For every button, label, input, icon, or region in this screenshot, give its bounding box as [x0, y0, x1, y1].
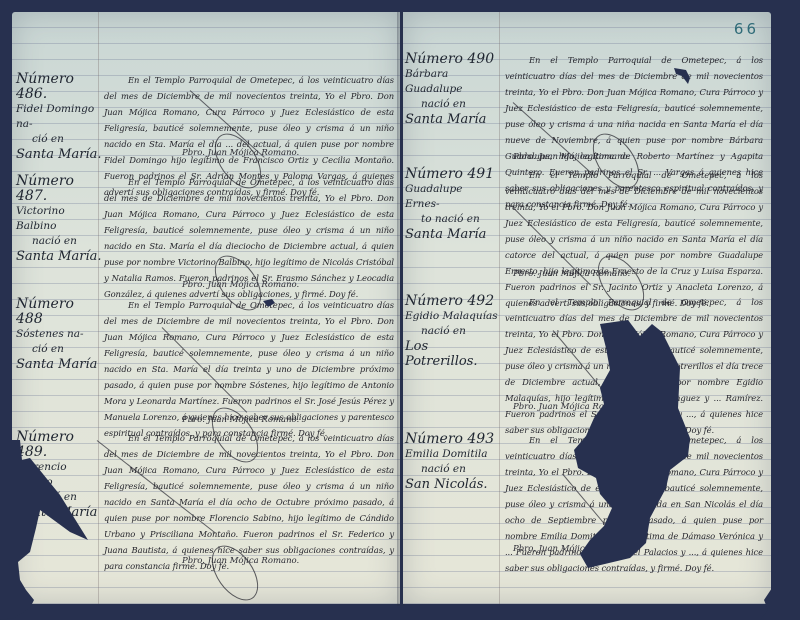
- child-name: Egidio Malaquías: [405, 309, 499, 324]
- torn-page-corner: [0, 440, 95, 620]
- entry-number: Número 488: [16, 297, 102, 327]
- entry-number: Número 493: [405, 432, 499, 447]
- born-label: nació en: [405, 97, 499, 112]
- entry-number: Número 491: [405, 167, 499, 182]
- child-name: Victorino Balbino: [16, 204, 102, 234]
- ink-blot-hole: [672, 66, 692, 86]
- born-label: nació en: [16, 234, 102, 249]
- torn-paper-hole: [570, 318, 710, 568]
- birth-place: Santa María.: [16, 249, 102, 264]
- entry-margin-note: Número 488 Sóstenes na- ció en Santa Mar…: [16, 297, 102, 372]
- entry-margin-note: Número 486. Fidel Domingo na- ció en San…: [16, 72, 102, 162]
- child-name: Fidel Domingo na-: [16, 102, 102, 132]
- born-label: ció en: [16, 342, 102, 357]
- ledger-spread: Número 486. Fidel Domingo na- ció en San…: [0, 0, 800, 620]
- entry-margin-note: Número 491 Guadalupe Ernes- to nació en …: [405, 167, 499, 242]
- entry-margin-note: Número 493 Emilia Domitila nació en San …: [405, 432, 499, 492]
- born-label: nació en: [405, 324, 499, 339]
- birth-place: Santa María: [405, 112, 499, 127]
- margin-rule: [499, 12, 500, 604]
- child-name: Emilia Domitila: [405, 447, 499, 462]
- born-label: nació en: [405, 462, 499, 477]
- torn-page-edge: [760, 540, 800, 620]
- birth-place: Santa María: [16, 357, 102, 372]
- page-number: 66: [734, 20, 759, 38]
- ink-blot-hole: [262, 298, 276, 308]
- born-label: to nació en: [405, 212, 499, 227]
- entry-number: Número 487.: [16, 174, 102, 204]
- birth-place: Santa María.: [16, 147, 102, 162]
- child-name: Bárbara Guadalupe: [405, 67, 499, 97]
- born-label: ció en: [16, 132, 102, 147]
- birth-place: Santa María: [405, 227, 499, 242]
- torn-hole-shape: [570, 318, 710, 568]
- entry-margin-note: Número 487. Victorino Balbino nació en S…: [16, 174, 102, 264]
- entry-margin-note: Número 492 Egidio Malaquías nació en Los…: [405, 294, 499, 369]
- entry-number: Número 490: [405, 52, 499, 67]
- child-name: Sóstenes na-: [16, 327, 102, 342]
- entry-number: Número 492: [405, 294, 499, 309]
- birth-place: Los Potrerillos.: [405, 339, 499, 369]
- birth-place: San Nicolás.: [405, 477, 499, 492]
- entry-margin-note: Número 490 Bárbara Guadalupe nació en Sa…: [405, 52, 499, 127]
- child-name: Guadalupe Ernes-: [405, 182, 499, 212]
- entry-number: Número 486.: [16, 72, 102, 102]
